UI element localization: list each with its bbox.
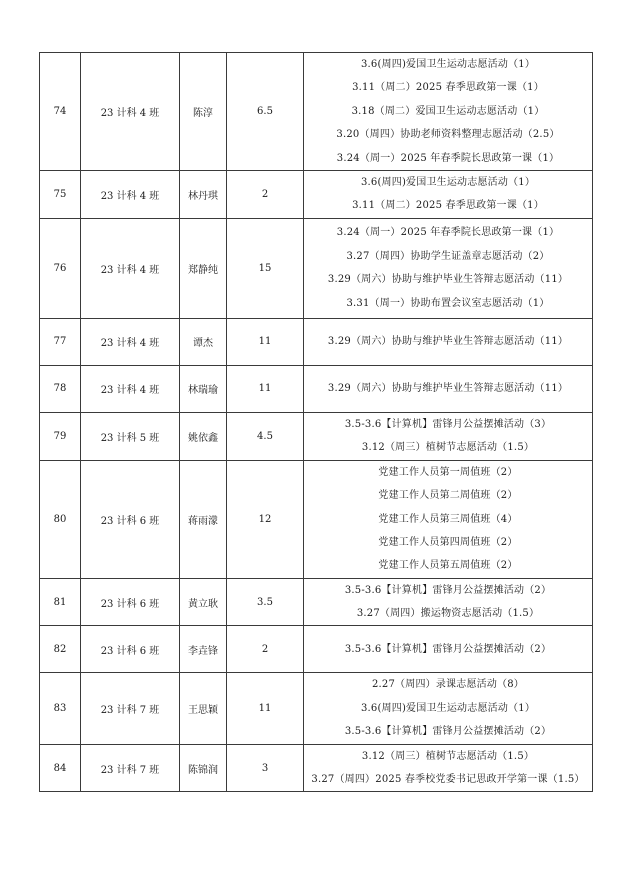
student-name: 王思颖 [180, 673, 227, 744]
activity-item: 3.12（周三）植树节志愿活动（1.5） [304, 745, 592, 768]
table-row: 8123 计科 6 班黄立耿3.53.5-3.6【计算机】雷锋月公益摆摊活动（2… [40, 578, 593, 626]
class-cell: 23 计科 7 班 [81, 673, 180, 744]
class-cell: 23 计科 4 班 [81, 53, 180, 171]
row-number: 79 [40, 412, 81, 460]
student-name: 林丹琪 [180, 170, 227, 218]
activity-item: 党建工作人员第二周值班（2） [304, 484, 592, 507]
activity-item: 3.31（周一）协助布置会议室志愿活动（1） [304, 292, 592, 315]
student-name: 姚依鑫 [180, 412, 227, 460]
activity-item: 3.5-3.6【计算机】雷锋月公益摆摊活动（2） [304, 579, 592, 602]
volunteer-hours: 11 [227, 318, 304, 365]
activities-cell: 3.29（周六）协助与维护毕业生答辩志愿活动（11） [304, 318, 593, 365]
row-number: 78 [40, 365, 81, 412]
volunteer-hours: 4.5 [227, 412, 304, 460]
activities-cell: 党建工作人员第一周值班（2）党建工作人员第二周值班（2）党建工作人员第三周值班（… [304, 460, 593, 578]
activity-item: 3.11（周二）2025 春季思政第一课（1） [304, 76, 592, 99]
activity-item: 3.29（周六）协助与维护毕业生答辩志愿活动（11） [304, 268, 592, 291]
class-cell: 23 计科 6 班 [81, 578, 180, 626]
class-cell: 23 计科 4 班 [81, 365, 180, 412]
class-cell: 23 计科 4 班 [81, 318, 180, 365]
row-number: 82 [40, 626, 81, 673]
activities-cell: 3.29（周六）协助与维护毕业生答辩志愿活动（11） [304, 365, 593, 412]
activity-item: 3.27（周四）2025 春季校党委书记思政开学第一课（1.5） [304, 768, 592, 791]
row-number: 77 [40, 318, 81, 365]
row-number: 80 [40, 460, 81, 578]
student-name: 谭杰 [180, 318, 227, 365]
activities-cell: 3.5-3.6【计算机】雷锋月公益摆摊活动（3）3.12（周三）植树节志愿活动（… [304, 412, 593, 460]
activity-item: 3.5-3.6【计算机】雷锋月公益摆摊活动（3） [304, 413, 592, 436]
class-cell: 23 计科 7 班 [81, 744, 180, 792]
row-number: 74 [40, 53, 81, 171]
row-number: 75 [40, 170, 81, 218]
student-name: 陈锦润 [180, 744, 227, 792]
activity-item: 党建工作人员第三周值班（4） [304, 508, 592, 531]
class-cell: 23 计科 6 班 [81, 626, 180, 673]
student-name: 黄立耿 [180, 578, 227, 626]
activity-item: 3.24（周一）2025 年春季院长思政第一课（1） [304, 147, 592, 170]
volunteer-hours: 2 [227, 626, 304, 673]
volunteer-hours-table: 7423 计科 4 班陈淳6.53.6(周四)爱国卫生运动志愿活动（1）3.11… [39, 52, 593, 792]
student-name: 郑静纯 [180, 218, 227, 318]
activities-cell: 3.5-3.6【计算机】雷锋月公益摆摊活动（2） [304, 626, 593, 673]
table-row: 8423 计科 7 班陈锦润33.12（周三）植树节志愿活动（1.5）3.27（… [40, 744, 593, 792]
class-cell: 23 计科 5 班 [81, 412, 180, 460]
activity-item: 3.29（周六）协助与维护毕业生答辩志愿活动（11） [304, 377, 592, 400]
table-row: 7823 计科 4 班林瑞瑜113.29（周六）协助与维护毕业生答辩志愿活动（1… [40, 365, 593, 412]
table-row: 7623 计科 4 班郑静纯153.24（周一）2025 年春季院长思政第一课（… [40, 218, 593, 318]
activity-item: 3.6(周四)爱国卫生运动志愿活动（1） [304, 171, 592, 194]
row-number: 83 [40, 673, 81, 744]
volunteer-hours: 11 [227, 365, 304, 412]
activity-item: 2.27（周四）录课志愿活动（8） [304, 673, 592, 696]
volunteer-hours: 12 [227, 460, 304, 578]
activity-item: 3.18（周二）爱国卫生运动志愿活动（1） [304, 100, 592, 123]
activities-cell: 3.6(周四)爱国卫生运动志愿活动（1）3.11（周二）2025 春季思政第一课… [304, 170, 593, 218]
activity-item: 3.27（周四）协助学生证盖章志愿活动（2） [304, 245, 592, 268]
table-row: 7423 计科 4 班陈淳6.53.6(周四)爱国卫生运动志愿活动（1）3.11… [40, 53, 593, 171]
class-cell: 23 计科 4 班 [81, 218, 180, 318]
class-cell: 23 计科 4 班 [81, 170, 180, 218]
student-name: 李垚锋 [180, 626, 227, 673]
activity-item: 3.6(周四)爱国卫生运动志愿活动（1） [304, 697, 592, 720]
table-row: 7723 计科 4 班谭杰113.29（周六）协助与维护毕业生答辩志愿活动（11… [40, 318, 593, 365]
volunteer-hours: 11 [227, 673, 304, 744]
table-row: 8023 计科 6 班蒋雨濛12党建工作人员第一周值班（2）党建工作人员第二周值… [40, 460, 593, 578]
activities-cell: 3.6(周四)爱国卫生运动志愿活动（1）3.11（周二）2025 春季思政第一课… [304, 53, 593, 171]
student-name: 陈淳 [180, 53, 227, 171]
activities-cell: 3.24（周一）2025 年春季院长思政第一课（1）3.27（周四）协助学生证盖… [304, 218, 593, 318]
activity-item: 3.5-3.6【计算机】雷锋月公益摆摊活动（2） [304, 720, 592, 743]
activity-item: 党建工作人员第四周值班（2） [304, 531, 592, 554]
student-name: 蒋雨濛 [180, 460, 227, 578]
activity-item: 党建工作人员第五周值班（2） [304, 554, 592, 577]
activity-item: 3.11（周二）2025 春季思政第一课（1） [304, 194, 592, 217]
activity-item: 3.20（周四）协助老师资料整理志愿活动（2.5） [304, 123, 592, 146]
activity-item: 党建工作人员第一周值班（2） [304, 461, 592, 484]
table-row: 8223 计科 6 班李垚锋23.5-3.6【计算机】雷锋月公益摆摊活动（2） [40, 626, 593, 673]
row-number: 84 [40, 744, 81, 792]
volunteer-hours: 3 [227, 744, 304, 792]
table-body: 7423 计科 4 班陈淳6.53.6(周四)爱国卫生运动志愿活动（1）3.11… [40, 53, 593, 792]
activity-item: 3.29（周六）协助与维护毕业生答辩志愿活动（11） [304, 330, 592, 353]
table-row: 7523 计科 4 班林丹琪23.6(周四)爱国卫生运动志愿活动（1）3.11（… [40, 170, 593, 218]
volunteer-hours: 2 [227, 170, 304, 218]
activity-item: 3.27（周四）搬运物资志愿活动（1.5） [304, 602, 592, 625]
activities-cell: 2.27（周四）录课志愿活动（8）3.6(周四)爱国卫生运动志愿活动（1）3.5… [304, 673, 593, 744]
activities-cell: 3.5-3.6【计算机】雷锋月公益摆摊活动（2）3.27（周四）搬运物资志愿活动… [304, 578, 593, 626]
activity-item: 3.12（周三）植树节志愿活动（1.5） [304, 436, 592, 459]
activity-item: 3.24（周一）2025 年春季院长思政第一课（1） [304, 221, 592, 244]
table-row: 7923 计科 5 班姚依鑫4.53.5-3.6【计算机】雷锋月公益摆摊活动（3… [40, 412, 593, 460]
activities-cell: 3.12（周三）植树节志愿活动（1.5）3.27（周四）2025 春季校党委书记… [304, 744, 593, 792]
table-row: 8323 计科 7 班王思颖112.27（周四）录课志愿活动（8）3.6(周四)… [40, 673, 593, 744]
class-cell: 23 计科 6 班 [81, 460, 180, 578]
activity-item: 3.6(周四)爱国卫生运动志愿活动（1） [304, 53, 592, 76]
volunteer-hours: 6.5 [227, 53, 304, 171]
row-number: 81 [40, 578, 81, 626]
volunteer-hours: 3.5 [227, 578, 304, 626]
row-number: 76 [40, 218, 81, 318]
volunteer-hours: 15 [227, 218, 304, 318]
student-name: 林瑞瑜 [180, 365, 227, 412]
activity-item: 3.5-3.6【计算机】雷锋月公益摆摊活动（2） [304, 638, 592, 661]
